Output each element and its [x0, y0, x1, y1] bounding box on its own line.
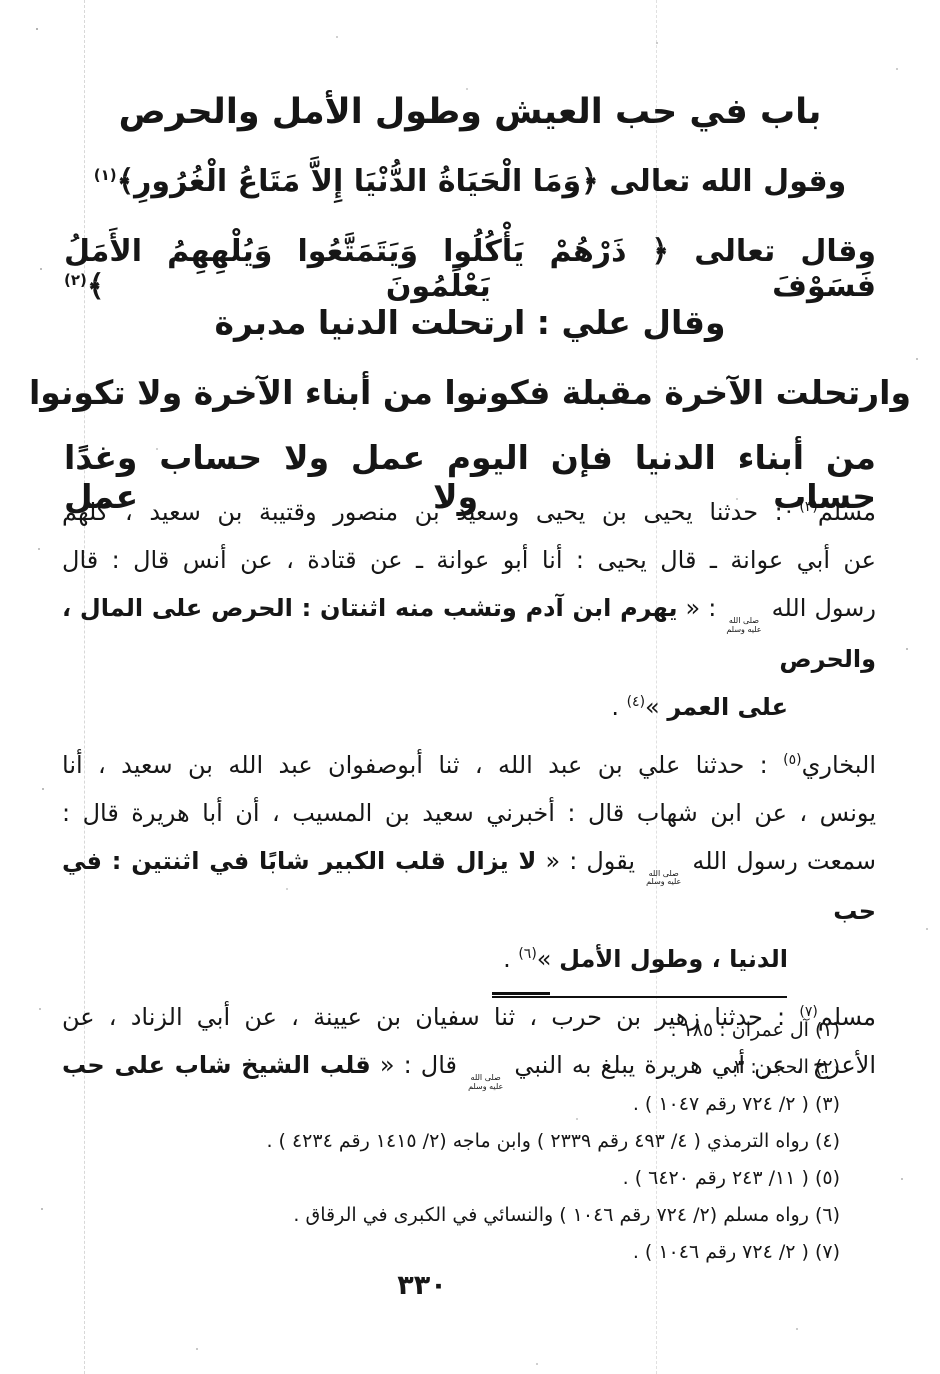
footnote-text: ( ٢/ ٧٢٤ رقم ١٠٤٧ ) . — [633, 1093, 809, 1115]
footnote-label: (٤) — [809, 1130, 840, 1152]
footnote-text: رواه مسلم (٢/ ٧٢٤ رقم ١٠٤٦ ) والنسائي في… — [293, 1204, 808, 1226]
verse-lead-in: وقال تعالى — [694, 234, 876, 269]
footnote-label: (٣) — [809, 1093, 840, 1115]
scan-noise-specks — [36, 28, 38, 30]
quran-verse-row-1: وقول الله تعالى ﴿وَمَا الْحَيَاةُ الدُّن… — [0, 164, 940, 199]
footnote: (٦) رواه مسلم (٢/ ٧٢٤ رقم ١٠٤٦ ) والنسائ… — [55, 1197, 840, 1234]
footnote-separator-tick — [492, 992, 550, 995]
text-segment: يونس ، عن ابن شهاب قال : أخبرني سعيد بن … — [62, 799, 876, 827]
footnote: (٤) رواه الترمذي ( ٤/ ٤٩٣ رقم ٢٣٣٩ ) واب… — [55, 1123, 840, 1160]
text-line: يونس ، عن ابن شهاب قال : أخبرني سعيد بن … — [62, 789, 876, 837]
text-segment: الدنيا ، وطول الأمل — [559, 945, 788, 973]
text-segment: : حدثنا يحيى بن يحيى وسعيد بن منصور وقتي… — [62, 498, 799, 526]
footnote-marker: (٢) — [64, 271, 87, 289]
text-segment: رسول الله — [764, 594, 876, 622]
text-segment: : حدثنا علي بن عبد الله ، ثنا أبوصفوان ع… — [62, 751, 783, 779]
footnote: (١) آل عمران : ١٨٥ . — [55, 1012, 840, 1049]
text-segment: على العمر — [667, 693, 788, 721]
book-page-scan: باب في حب العيش وطول الأمل والحرص وقول ا… — [0, 0, 940, 1374]
sallallahu-alayhi-wasallam-symbol: صلى اللهعليه وسلم — [644, 870, 683, 888]
quran-verse-row-2: وقال تعالى ﴿ ذَرْهُمْ يَأْكُلُوا وَيَتَم… — [0, 234, 940, 304]
ali-saying-line-1: وقال علي : ارتحلت الدنيا مدبرة — [0, 303, 940, 342]
hadith-paragraph: البخاري(٥) : حدثنا علي بن عبد الله ، ثنا… — [62, 741, 876, 984]
footnote: (٧) ( ٢/ ٧٢٤ رقم ١٠٤٦ ) . — [55, 1234, 840, 1271]
text-segment: . — [611, 693, 626, 721]
footnote-marker: (٦) — [518, 946, 536, 962]
hadith-paragraphs: مسلم(٣) : حدثنا يحيى بن يحيى وسعيد بن من… — [62, 488, 876, 1102]
text-line: الدنيا ، وطول الأمل »(٦) . — [62, 935, 876, 983]
sallallahu-alayhi-wasallam-symbol: صلى اللهعليه وسلم — [724, 617, 763, 635]
footnote: (٣) ( ٢/ ٧٢٤ رقم ١٠٤٧ ) . — [55, 1086, 840, 1123]
text-line: مسلم(٣) : حدثنا يحيى بن يحيى وسعيد بن من… — [62, 488, 876, 536]
chapter-title: باب في حب العيش وطول الأمل والحرص — [0, 92, 940, 132]
text-segment: البخاري — [802, 751, 876, 779]
text-segment: : « — [677, 594, 724, 622]
quran-verse: ﴿وَمَا الْحَيَاةُ الدُّنْيَا إِلاَّ مَتَ… — [117, 164, 599, 199]
footnote-marker: (٣) — [799, 499, 817, 515]
footnote-text: رواه الترمذي ( ٤/ ٤٩٣ رقم ٢٣٣٩ ) وابن ما… — [266, 1130, 808, 1152]
footnote-marker: (٥) — [783, 752, 801, 768]
text-line: رسول الله صلى اللهعليه وسلم : « يهرم ابن… — [62, 584, 876, 683]
text-segment: » — [645, 693, 667, 721]
footnote-label: (٥) — [809, 1167, 840, 1189]
text-line: على العمر »(٤) . — [62, 683, 876, 731]
text-segment: عن أبي عوانة ـ قال يحيى : أنا أبو عوانة … — [62, 546, 876, 574]
text-segment: مسلم — [818, 498, 876, 526]
page-number: ٣٣٠ — [372, 1270, 472, 1301]
text-segment: » — [537, 945, 559, 973]
footnote-label: (٦) — [809, 1204, 840, 1226]
text-line: عن أبي عوانة ـ قال يحيى : أنا أبو عوانة … — [62, 536, 876, 584]
footnote-text: ( ٢/ ٧٢٤ رقم ١٠٤٦ ) . — [633, 1241, 809, 1263]
text-line: سمعت رسول الله صلى اللهعليه وسلم يقول : … — [62, 837, 876, 936]
footnote-text: ( ١١/ ٢٤٣ رقم ٦٤٢٠ ) . — [623, 1167, 809, 1189]
footnote-separator — [492, 996, 787, 998]
footnote-marker: (١) — [94, 166, 117, 184]
ali-saying-line-2: وارتحلت الآخرة مقبلة فكونوا من أبناء الآ… — [0, 373, 940, 412]
footnote-marker: (٤) — [627, 694, 645, 710]
footnote-label: (١) — [809, 1019, 840, 1041]
footnotes-list: (١) آل عمران : ١٨٥ .(٢) الحجر : ٣ .(٣) (… — [55, 1012, 840, 1271]
text-segment: يقول : « — [536, 847, 644, 875]
footnote: (٥) ( ١١/ ٢٤٣ رقم ٦٤٢٠ ) . — [55, 1160, 840, 1197]
text-segment: سمعت رسول الله — [683, 847, 876, 875]
footnote-text: الحجر : ٣ . — [722, 1056, 809, 1078]
footnote-text: آل عمران : ١٨٥ . — [671, 1019, 809, 1041]
hadith-paragraph: مسلم(٣) : حدثنا يحيى بن يحيى وسعيد بن من… — [62, 488, 876, 731]
footnote-label: (٧) — [809, 1241, 840, 1263]
footnote-label: (٢) — [809, 1056, 840, 1078]
text-segment: . — [503, 945, 518, 973]
text-line: البخاري(٥) : حدثنا علي بن عبد الله ، ثنا… — [62, 741, 876, 789]
footnote: (٢) الحجر : ٣ . — [55, 1049, 840, 1086]
verse-lead-in: وقول الله تعالى — [609, 164, 846, 199]
